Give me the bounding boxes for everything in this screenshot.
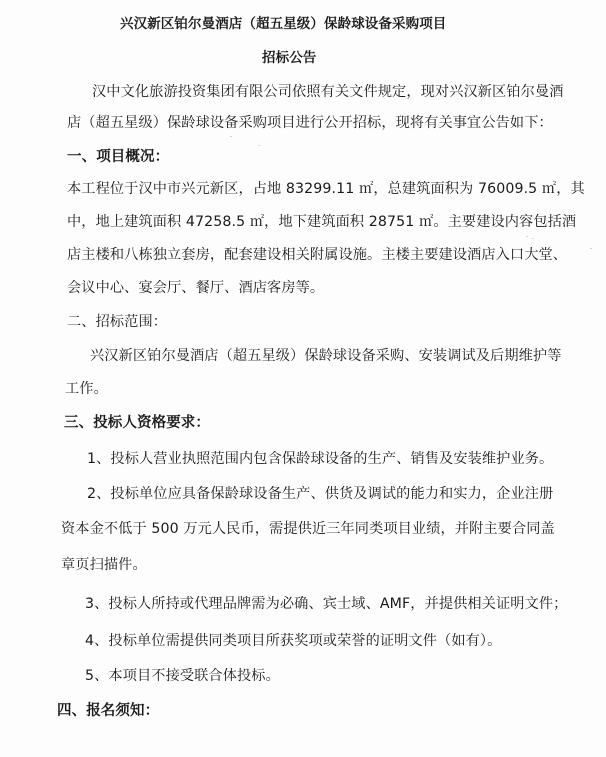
section-heading-qualifications: 三、投标人资格要求：: [64, 414, 210, 432]
scope-line-2: 工作。: [65, 380, 108, 398]
overview-line-2: 中，地上建筑面积 47258.5 ㎡，地下建筑面积 28751 ㎡。主要建设内容…: [67, 213, 576, 231]
document-subtitle: 招标公告: [262, 49, 316, 67]
qualification-item-2-cont: 资本金不低于 500 万元人民币，需提供近三年同类项目业绩，并附主要合同盖: [61, 520, 555, 538]
scope-line-1: 兴汉新区铂尔曼酒店（超五星级）保龄球设备采购、安装调试及后期维护等: [90, 347, 562, 365]
intro-line-2: 店（超五星级）保龄球设备采购项目进行公开招标，现将有关事宜公告如下：: [67, 114, 553, 132]
scan-speck: [590, 248, 592, 249]
intro-line-1: 汉中文化旅游投资集团有限公司依照有关文件规定，现对兴汉新区铂尔曼酒: [92, 83, 564, 101]
section-heading-registration: 四、报名须知：: [57, 702, 159, 720]
document-page: 兴汉新区铂尔曼酒店（超五星级）保龄球设备采购项目 招标公告 汉中文化旅游投资集团…: [0, 0, 606, 757]
document-title: 兴汉新区铂尔曼酒店（超五星级）保龄球设备采购项目: [120, 15, 446, 33]
scan-speck: [258, 145, 260, 146]
section-heading-overview: 一、项目概况：: [67, 148, 169, 166]
scan-speck: [230, 136, 232, 137]
qualification-item-2-cont-2: 章页扫描件。: [61, 556, 147, 574]
section-heading-scope: 二、招标范围：: [67, 313, 167, 331]
scan-speck: [526, 236, 528, 237]
qualification-item-4: 4、投标单位需提供同类项目所获奖项或荣誉的证明文件（如有）。: [85, 632, 501, 650]
qualification-item-3: 3、投标人所持或代理品牌需为必确、宾士域、AMF，并提供相关证明文件；: [85, 595, 567, 613]
overview-line-1: 本工程位于汉中市兴元新区，占地 83299.11 ㎡，总建筑面积为 76009.…: [67, 180, 585, 198]
qualification-item-5: 5、本项目不接受联合体投标。: [85, 667, 280, 685]
overview-line-4: 会议中心、宴会厅、餐厅、酒店客房等。: [67, 279, 324, 297]
qualification-item-1: 1、投标人营业执照范围内包含保龄球设备的生产、销售及安装维护业务。: [87, 450, 553, 468]
scan-speck: [532, 238, 534, 239]
qualification-item-2: 2、投标单位应具备保龄球设备生产、供货及调试的能力和实力，企业注册: [87, 485, 553, 503]
overview-line-3: 店主楼和八栋独立套房，配套建设相关附属设施。主楼主要建设酒店入口大堂、: [67, 246, 567, 264]
